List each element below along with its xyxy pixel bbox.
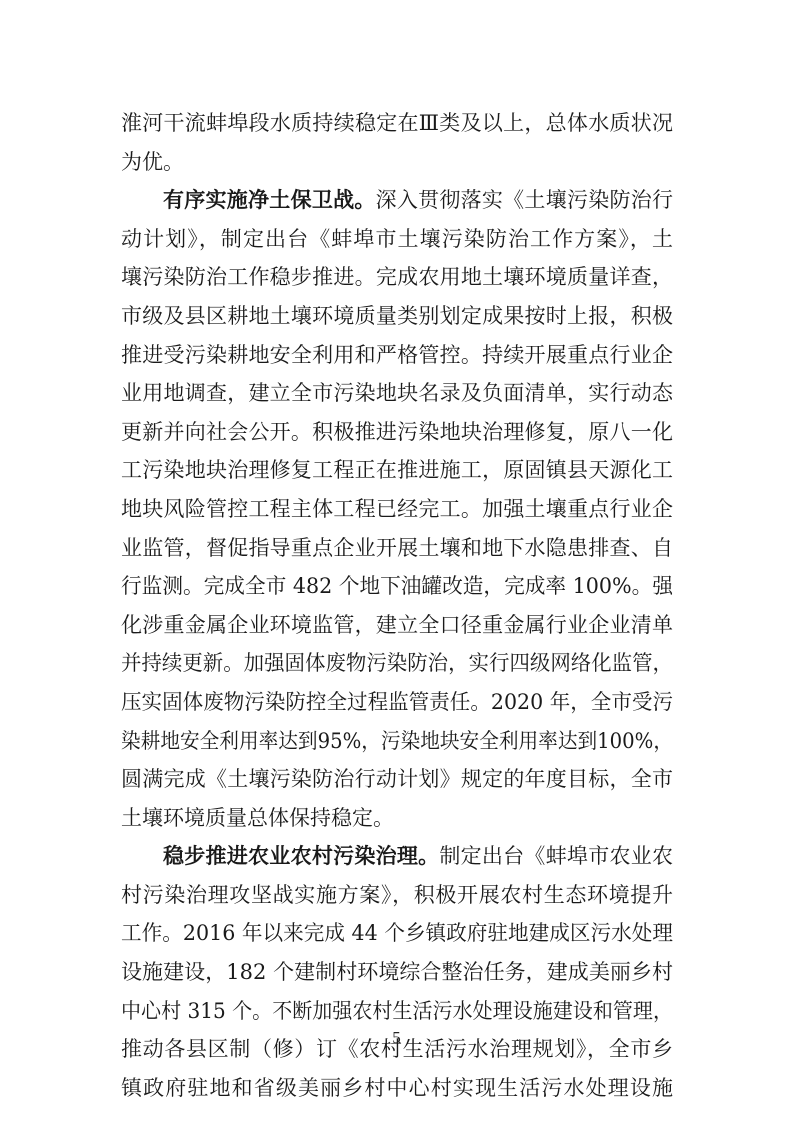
paragraph-line: 为优。 bbox=[121, 143, 673, 182]
line-text: 为优。 bbox=[121, 150, 184, 174]
line-text: 业监管，督促指导重点企业开展土壤和地下水隐患排查、自 bbox=[121, 536, 673, 560]
line-text: 压实固体废物污染防控全过程监管责任。2020 年，全市受污 bbox=[121, 683, 673, 722]
section-heading-line: 有序实施净土保卫战。深入贯彻落实《土壤污染防治行 bbox=[121, 181, 673, 220]
paragraph-line: 市级及县区耕地土壤环境质量类别划定成果按时上报，积极 bbox=[121, 297, 673, 336]
line-text: 工作。2016 年以来完成 44 个乡镇政府驻地建成区污水处理 bbox=[121, 914, 673, 953]
page-number: 5 bbox=[0, 1028, 793, 1048]
paragraph-line: 淮河干流蚌埠段水质持续稳定在Ⅲ类及以上，总体水质状况 bbox=[121, 104, 673, 143]
line-text: 中心村 315 个。不断加强农村生活污水处理设施建设和管理， bbox=[121, 992, 673, 1031]
line-text: 市级及县区耕地土壤环境质量类别划定成果按时上报，积极 bbox=[121, 304, 673, 328]
line-text: 深入贯彻落实《土壤污染防治行 bbox=[376, 188, 673, 212]
line-text: 推进受污染耕地安全利用和严格管控。持续开展重点行业企 bbox=[121, 343, 673, 367]
paragraph-line: 工作。2016 年以来完成 44 个乡镇政府驻地建成区污水处理 bbox=[121, 914, 663, 953]
paragraph-line: 壤污染防治工作稳步推进。完成农用地土壤环境质量详查， bbox=[121, 258, 673, 297]
line-text: 化涉重金属企业环境监管，建立全口径重金属行业企业清单 bbox=[121, 613, 673, 637]
paragraph-line: 业用地调查，建立全市污染地块名录及负面清单，实行动态 bbox=[121, 374, 673, 413]
line-text: 制定出台《蚌埠市农业农 bbox=[439, 844, 673, 868]
line-text: 淮河干流蚌埠段水质持续稳定在Ⅲ类及以上，总体水质状况 bbox=[121, 111, 673, 135]
line-text: 地块风险管控工程主体工程已经完工。加强土壤重点行业企 bbox=[121, 497, 673, 521]
paragraph-line: 中心村 315 个。不断加强农村生活污水处理设施建设和管理， bbox=[121, 992, 648, 1031]
paragraph-line: 并持续更新。加强固体废物污染防治，实行四级网络化监管， bbox=[121, 644, 658, 683]
line-text: 染耕地安全利用率达到95%，污染地块安全利用率达到100%， bbox=[121, 722, 673, 761]
paragraph-line: 染耕地安全利用率达到95%，污染地块安全利用率达到100%， bbox=[121, 722, 638, 761]
line-text: 动计划》，制定出台《蚌埠市土壤污染防治工作方案》，土 bbox=[121, 227, 673, 251]
paragraph-line: 工污染地块治理修复工程正在推进施工，原固镇县天源化工 bbox=[121, 451, 673, 490]
paragraph-line: 村污染治理攻坚战实施方案》，积极开展农村生态环境提升 bbox=[121, 876, 673, 915]
paragraph-line: 行监测。完成全市 482 个地下油罐改造，完成率 100%。强 bbox=[121, 567, 664, 606]
section-heading-soil: 有序实施净土保卫战。 bbox=[163, 188, 376, 212]
paragraph-line: 地块风险管控工程主体工程已经完工。加强土壤重点行业企 bbox=[121, 490, 673, 529]
section-heading-line: 稳步推进农业农村污染治理。制定出台《蚌埠市农业农 bbox=[121, 837, 673, 876]
paragraph-line: 化涉重金属企业环境监管，建立全口径重金属行业企业清单 bbox=[121, 606, 673, 645]
line-text: 土壤环境质量总体保持稳定。 bbox=[121, 806, 394, 830]
paragraph-line: 业监管，督促指导重点企业开展土壤和地下水隐患排查、自 bbox=[121, 529, 673, 568]
paragraph-line: 设施建设，182 个建制村环境综合整治任务，建成美丽乡村 bbox=[121, 953, 673, 992]
line-text: 村污染治理攻坚战实施方案》，积极开展农村生态环境提升 bbox=[121, 883, 673, 907]
paragraph-line: 镇政府驻地和省级美丽乡村中心村实现生活污水处理设施 bbox=[121, 1069, 673, 1108]
line-text: 业用地调查，建立全市污染地块名录及负面清单，实行动态 bbox=[121, 381, 673, 405]
paragraph-line: 更新并向社会公开。积极推进污染地块治理修复，原八一化 bbox=[121, 413, 673, 452]
line-text: 工污染地块治理修复工程正在推进施工，原固镇县天源化工 bbox=[121, 458, 673, 482]
paragraph-line: 土壤环境质量总体保持稳定。 bbox=[121, 799, 673, 838]
document-body: 淮河干流蚌埠段水质持续稳定在Ⅲ类及以上，总体水质状况 为优。 有序实施净土保卫战… bbox=[121, 104, 673, 1107]
paragraph-line: 推进受污染耕地安全利用和严格管控。持续开展重点行业企 bbox=[121, 336, 673, 375]
line-text: 壤污染防治工作稳步推进。完成农用地土壤环境质量详查， bbox=[121, 265, 673, 289]
line-text: 并持续更新。加强固体废物污染防治，实行四级网络化监管， bbox=[121, 644, 673, 683]
line-text: 行监测。完成全市 482 个地下油罐改造，完成率 100%。强 bbox=[121, 567, 673, 606]
section-heading-rural: 稳步推进农业农村污染治理。 bbox=[163, 844, 439, 868]
paragraph-line: 压实固体废物污染防控全过程监管责任。2020 年，全市受污 bbox=[121, 683, 661, 722]
line-text: 镇政府驻地和省级美丽乡村中心村实现生活污水处理设施 bbox=[121, 1076, 673, 1100]
paragraph-line: 圆满完成《土壤污染防治行动计划》规定的年度目标，全市 bbox=[121, 760, 673, 799]
line-text: 设施建设，182 个建制村环境综合整治任务，建成美丽乡村 bbox=[121, 960, 673, 984]
line-text: 更新并向社会公开。积极推进污染地块治理修复，原八一化 bbox=[121, 420, 673, 444]
line-text: 圆满完成《土壤污染防治行动计划》规定的年度目标，全市 bbox=[121, 767, 673, 791]
paragraph-line: 动计划》，制定出台《蚌埠市土壤污染防治工作方案》，土 bbox=[121, 220, 673, 259]
